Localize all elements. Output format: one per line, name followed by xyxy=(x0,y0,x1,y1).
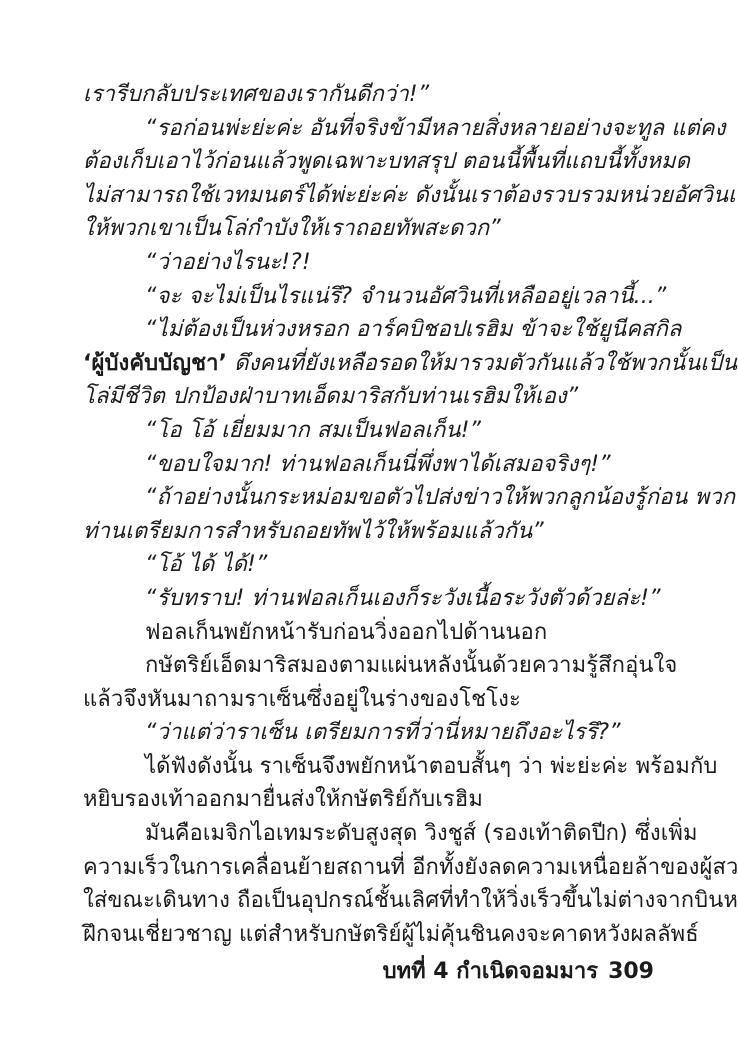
dialogue-line: “ว่าอย่างไรนะ!?! xyxy=(83,246,661,280)
skill-name: ‘ผู้บังคับบัญชา’ xyxy=(83,351,227,376)
dialogue-line: ไม่สามารถใช้เวทมนตร์ได้พ่ะย่ะค่ะ ดังนั้น… xyxy=(83,179,661,213)
dialogue-line: “ไม่ต้องเป็นห่วงหรอก อาร์คบิชอปเรฮิม ข้า… xyxy=(83,313,661,347)
dialogue-line: “รับทราบ! ท่านฟอลเก็นเองก็ระวังเนื้อระวั… xyxy=(83,582,661,616)
narration-line: กษัตริย์เอ็ดมาริสมองตามแผ่นหลังนั้นด้วยค… xyxy=(83,649,661,683)
dialogue-line: ‘ผู้บังคับบัญชา’ ดึงคนที่ยังเหลือรอดให้ม… xyxy=(83,347,661,381)
dialogue-line: ให้พวกเขาเป็นโล่กำบังให้เราถอยทัพสะดวก” xyxy=(83,212,661,246)
narration-line: แล้วจึงหันมาถามราเซ็นซึ่งอยู่ในร่างของโช… xyxy=(83,683,661,717)
narration-line: ความเร็วในการเคลื่อนย้ายสถานที่ อีกทั้งย… xyxy=(83,851,661,885)
narration-line: ฟอลเก็นพยักหน้ารับก่อนวิ่งออกไปด้านนอก xyxy=(83,616,661,650)
narration-line: มันคือเมจิกไอเทมระดับสูงสุด วิงชูส์ (รอง… xyxy=(83,817,661,851)
text-block: เรารีบกลับประเทศของเรากันดีกว่า!” “รอก่อ… xyxy=(83,78,661,951)
page-number: 309 xyxy=(608,959,654,984)
book-page: เรารีบกลับประเทศของเรากันดีกว่า!” “รอก่อ… xyxy=(0,0,738,1051)
dialogue-line: เรารีบกลับประเทศของเรากันดีกว่า!” xyxy=(83,78,661,112)
chapter-title: บทที่ 4 กำเนิดจอมมาร xyxy=(383,959,598,984)
dialogue-line: “โอ้ ได้ ได้!” xyxy=(83,548,661,582)
dialogue-line: “จะ จะไม่เป็นไรแน่รึ? จำนวนอัศวินที่เหลื… xyxy=(83,280,661,314)
narration-line: ฝึกจนเชี่ยวชาญ แต่สำหรับกษัตริย์ผู้ไม่คุ… xyxy=(83,918,661,952)
narration-line: ใส่ขณะเดินทาง ถือเป็นอุปกรณ์ชั้นเลิศที่ท… xyxy=(83,884,661,918)
page-footer: บทที่ 4 กำเนิดจอมมาร309 xyxy=(383,953,654,988)
dialogue-line: “ว่าแต่ว่าราเซ็น เตรียมการที่ว่านี่หมายถ… xyxy=(83,716,661,750)
dialogue-line: “ขอบใจมาก! ท่านฟอลเก็นนี่พึ่งพาได้เสมอจร… xyxy=(83,448,661,482)
narration-line: หยิบรองเท้าออกมายื่นส่งให้กษัตริย์กับเรฮ… xyxy=(83,783,661,817)
dialogue-line: ต้องเก็บเอาไว้ก่อนแล้วพูดเฉพาะบทสรุป ตอน… xyxy=(83,145,661,179)
dialogue-line: โล่มีชีวิต ปกป้องฝ่าบาทเอ็ดมาริสกับท่านเ… xyxy=(83,380,661,414)
dialogue-line: “โอ โอ้ เยี่ยมมาก สมเป็นฟอลเก็น!” xyxy=(83,414,661,448)
dialogue-line: ท่านเตรียมการสำหรับถอยทัพไว้ให้พร้อมแล้ว… xyxy=(83,515,661,549)
narration-line: ได้ฟังดังนั้น ราเซ็นจึงพยักหน้าตอบสั้นๆ … xyxy=(83,750,661,784)
dialogue-line: “รอก่อนพ่ะย่ะค่ะ อันที่จริงข้ามีหลายสิ่ง… xyxy=(83,112,661,146)
dialogue-line: “ถ้าอย่างนั้นกระหม่อมขอตัวไปส่งข่าวให้พว… xyxy=(83,481,661,515)
text-segment: ดึงคนที่ยังเหลือรอดให้มารวมตัวกันแล้วใช้… xyxy=(227,351,737,376)
